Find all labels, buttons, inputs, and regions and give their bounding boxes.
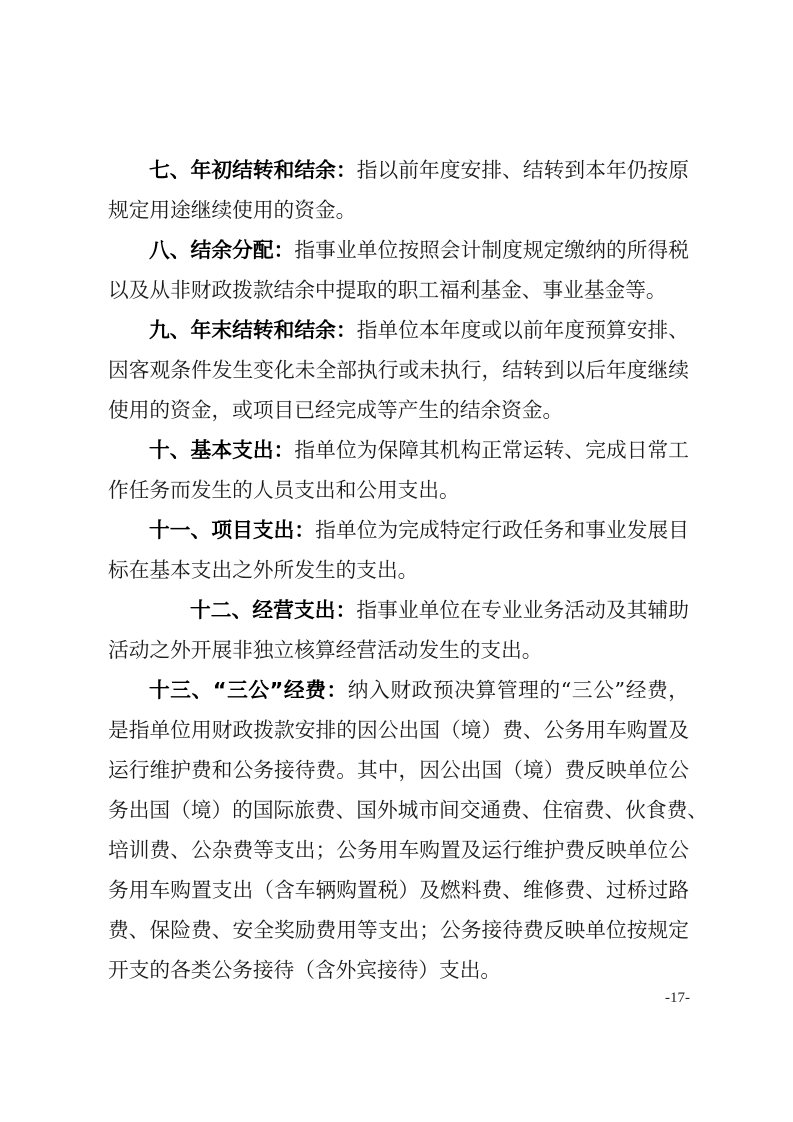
paragraph-11-line-2: 标在基本支出之外所发生的支出。	[108, 550, 689, 590]
paragraph-9-line-2: 因客观条件发生变化未全部执行或未执行，结转到以后年度继续	[108, 350, 689, 390]
paragraph-13-line-2: 是指单位用财政拨款安排的因公出国（境）费、公务用车购置及	[108, 710, 689, 750]
document-page: 七、年初结转和结余：指以前年度安排、结转到本年仍按原 规定用途继续使用的资金。 …	[0, 0, 793, 1122]
page-number: -17-	[640, 990, 690, 1007]
definition-text: 指事业单位在专业业务活动及其辅助	[356, 598, 689, 622]
definition-text: 指单位为保障其机构正常运转、完成日常工	[294, 438, 689, 462]
definition-text: 指单位为完成特定行政任务和事业发展目	[315, 518, 689, 542]
paragraph-13-line-6: 务用车购置支出（含车辆购置税）及燃料费、维修费、过桥过路	[108, 870, 689, 910]
paragraph-7-line-2: 规定用途继续使用的资金。	[108, 190, 689, 230]
paragraph-13-line-5: 培训费、公杂费等支出；公务用车购置及运行维护费反映单位公	[108, 830, 689, 870]
document-body: 七、年初结转和结余：指以前年度安排、结转到本年仍按原 规定用途继续使用的资金。 …	[108, 150, 689, 990]
paragraph-10-line-2: 作任务而发生的人员支出和公用支出。	[108, 470, 689, 510]
paragraph-13-line-1: 十三、“三公”经费：纳入财政预决算管理的“三公”经费，	[108, 670, 689, 710]
paragraph-13-line-4: 务出国（境）的国际旅费、国外城市间交通费、住宿费、伙食费、	[108, 790, 689, 830]
paragraph-13-line-8: 开支的各类公务接待（含外宾接待）支出。	[108, 950, 689, 990]
paragraph-9-line-3: 使用的资金，或项目已经完成等产生的结余资金。	[108, 390, 689, 430]
term-heading: 九、年末结转和结余：	[149, 318, 357, 342]
definition-text: 纳入财政预决算管理的“三公”经费，	[348, 678, 689, 702]
paragraph-12-line-1: 十二、经营支出：指事业单位在专业业务活动及其辅助	[108, 590, 689, 630]
definition-text: 指以前年度安排、结转到本年仍按原	[357, 158, 689, 182]
term-heading: 十一、项目支出：	[149, 518, 315, 542]
term-heading: 七、年初结转和结余：	[149, 158, 357, 182]
term-heading: 十、基本支出：	[149, 438, 294, 462]
paragraph-10-line-1: 十、基本支出：指单位为保障其机构正常运转、完成日常工	[108, 430, 689, 470]
paragraph-8-line-1: 八、结余分配：指事业单位按照会计制度规定缴纳的所得税	[108, 230, 689, 270]
term-heading: 八、结余分配：	[149, 238, 294, 262]
paragraph-8-line-2: 以及从非财政拨款结余中提取的职工福利基金、事业基金等。	[108, 270, 689, 310]
term-heading: 十二、经营支出：	[190, 598, 356, 622]
definition-text: 指事业单位按照会计制度规定缴纳的所得税	[294, 238, 689, 262]
definition-text: 指单位本年度或以前年度预算安排、	[357, 318, 689, 342]
paragraph-13-line-7: 费、保险费、安全奖励费用等支出；公务接待费反映单位按规定	[108, 910, 689, 950]
paragraph-13-line-3: 运行维护费和公务接待费。其中，因公出国（境）费反映单位公	[108, 750, 689, 790]
paragraph-7-line-1: 七、年初结转和结余：指以前年度安排、结转到本年仍按原	[108, 150, 689, 190]
paragraph-11-line-1: 十一、项目支出：指单位为完成特定行政任务和事业发展目	[108, 510, 689, 550]
paragraph-12-line-2: 活动之外开展非独立核算经营活动发生的支出。	[108, 630, 689, 670]
paragraph-9-line-1: 九、年末结转和结余：指单位本年度或以前年度预算安排、	[108, 310, 689, 350]
term-heading: 十三、“三公”经费：	[149, 678, 348, 702]
